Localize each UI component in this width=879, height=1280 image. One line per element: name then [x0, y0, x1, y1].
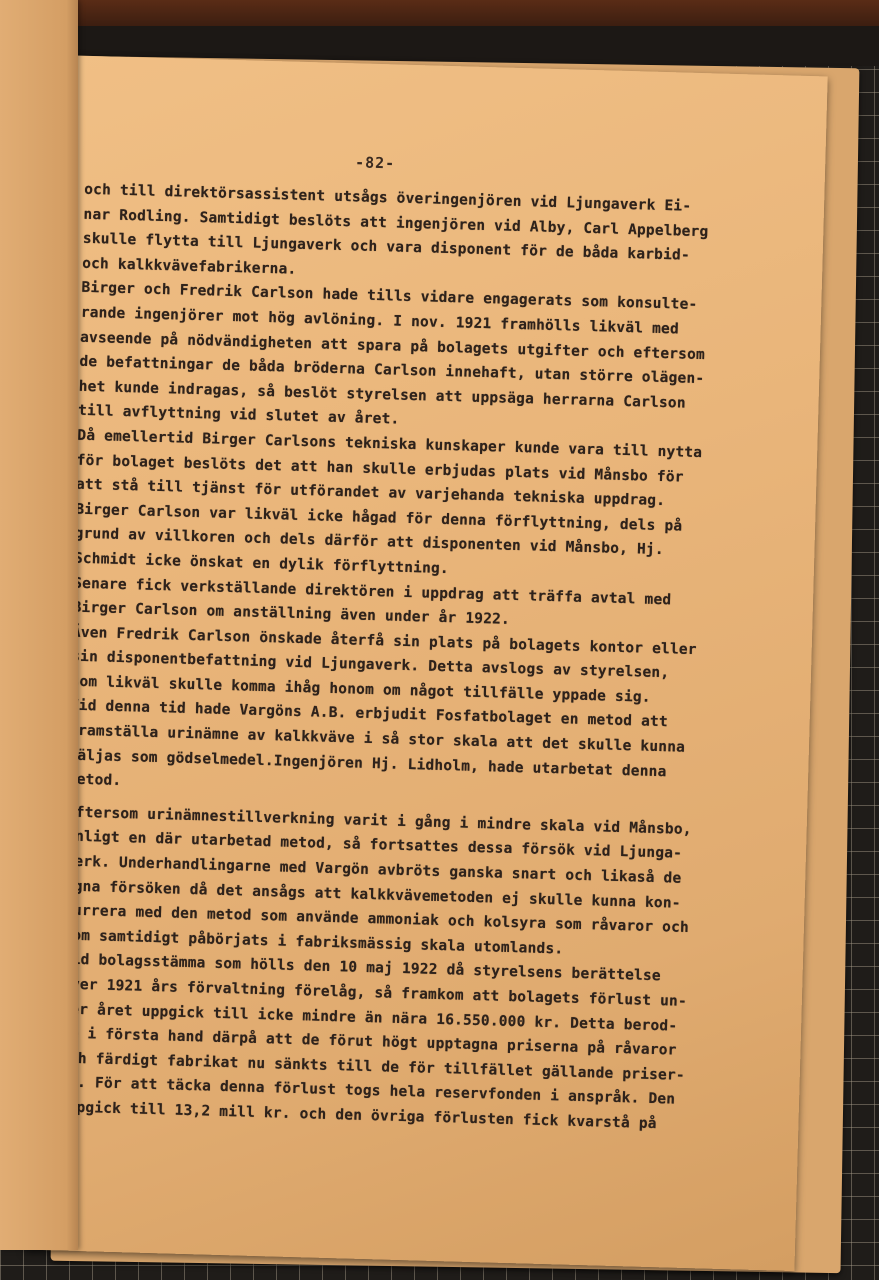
paragraph: Birger och Fredrik Carlson hade tills vi… [78, 276, 802, 444]
page-number: -82- [355, 153, 396, 172]
paragraph: Vid bolagsstämma som hölls den 10 maj 19… [58, 948, 783, 1140]
typewritten-page: -82- och till direktörsassistent utsågs … [25, 55, 828, 1271]
paragraph: Eftersom urinämnestillverkning varit i g… [63, 800, 787, 968]
paragraph: Då emellertid Birger Carlsons tekniska k… [74, 424, 798, 592]
table-edge [0, 0, 879, 28]
facing-page-edge [0, 0, 78, 1250]
page-body-text: och till direktörsassistent utsågs överi… [58, 178, 804, 1140]
